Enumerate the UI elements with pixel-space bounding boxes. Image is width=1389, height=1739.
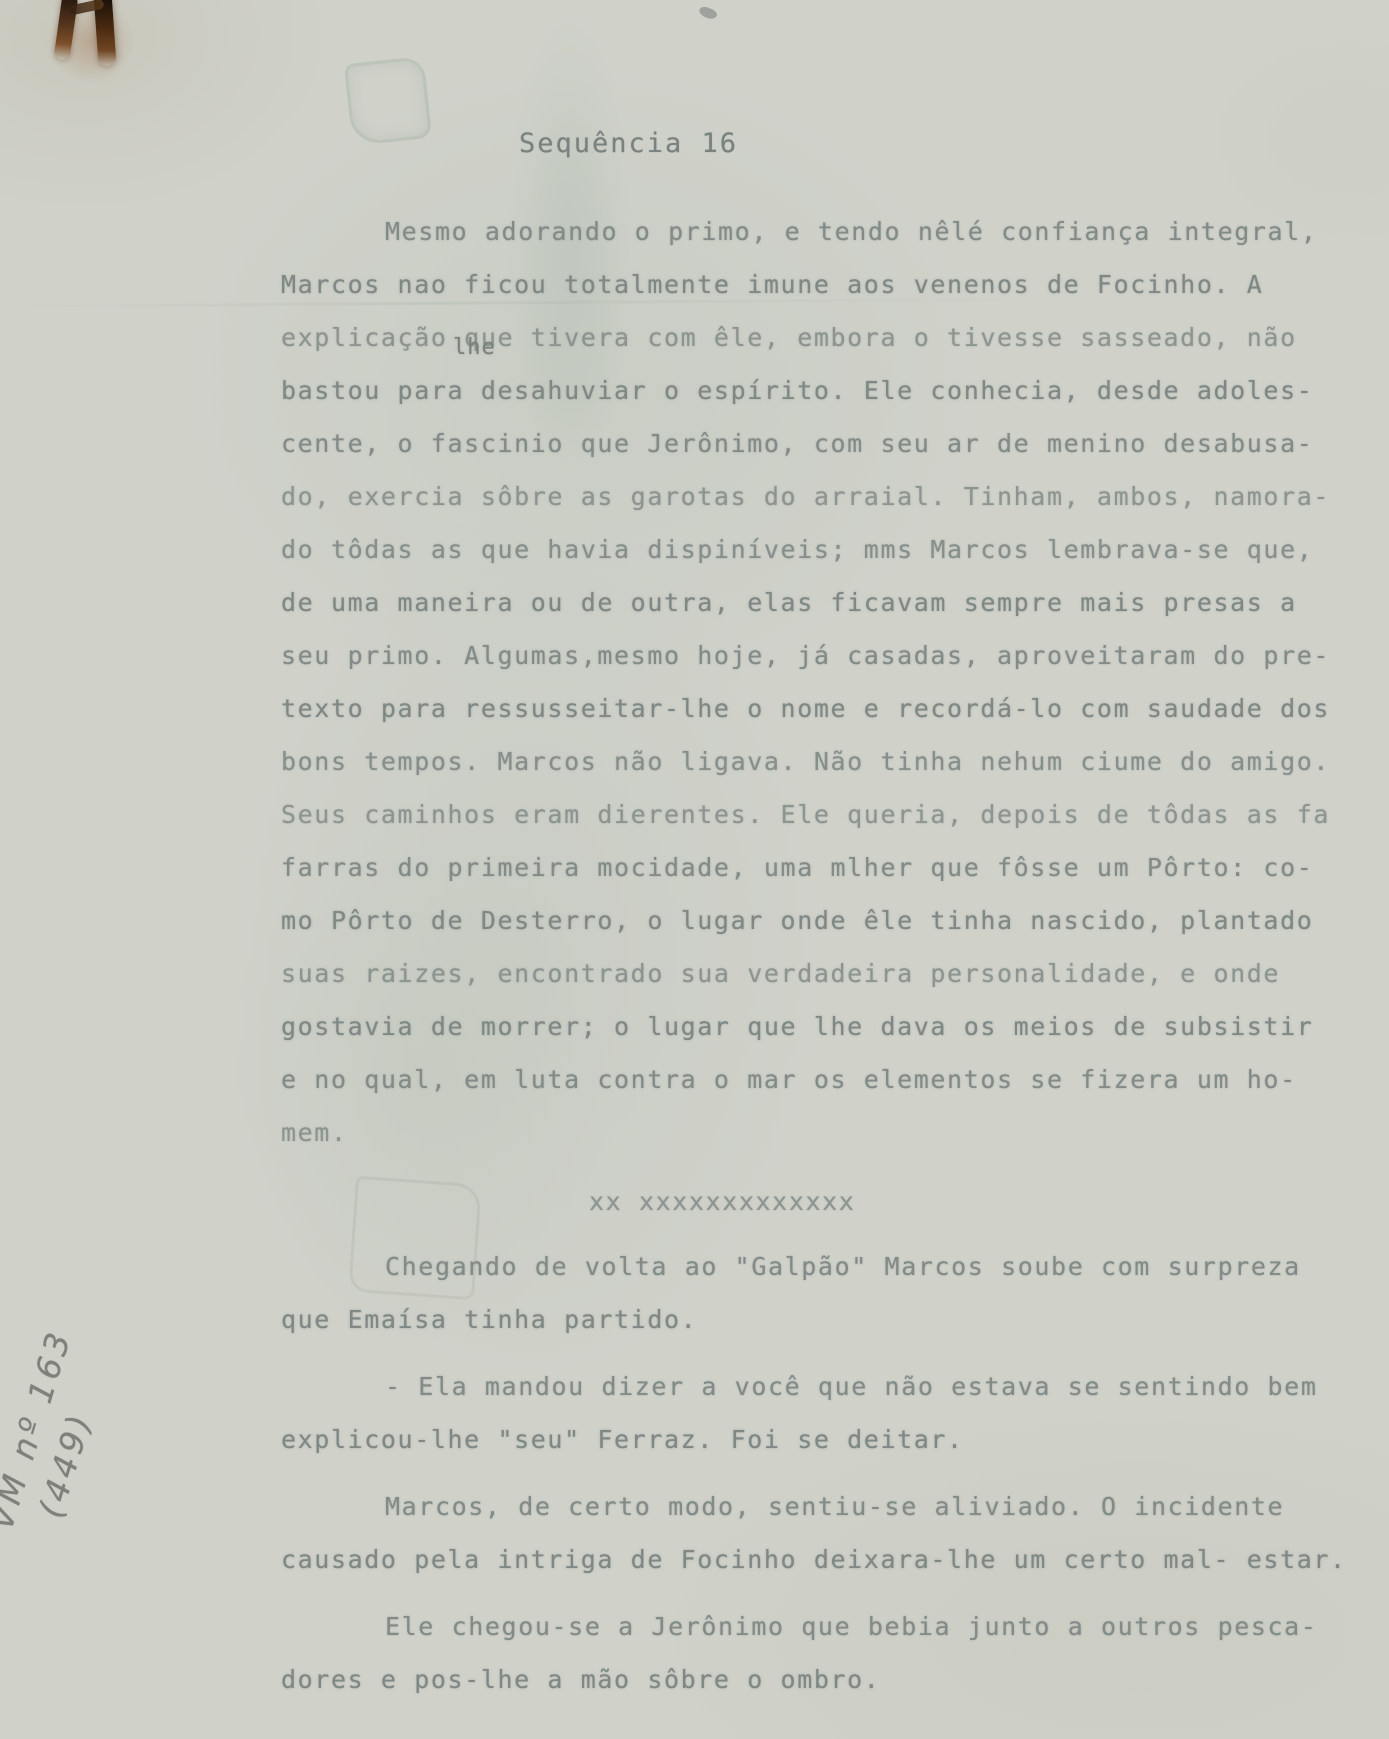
typewritten-line: texto para ressusseitar-lhe o nome e rec… bbox=[281, 682, 1386, 735]
typewritten-line: que Emaísa tinha partido. bbox=[281, 1293, 1386, 1346]
typewritten-line-with-insertion: bastou para desahuviar o espírito. Ele c… bbox=[281, 364, 1386, 417]
typewritten-line: - Ela mandou dizer a você que não estava… bbox=[281, 1360, 1386, 1413]
typewritten-line: explicou-lhe "seu" Ferraz. Foi se deitar… bbox=[281, 1413, 1386, 1466]
scanned-typescript-page: VM nº 163 (449) Sequência 16 Mesmo adora… bbox=[0, 0, 1389, 1739]
typewritten-line: cente, o fascinio que Jerônimo, com seu … bbox=[281, 417, 1386, 470]
ink-speck bbox=[698, 5, 719, 21]
typewritten-line: causado pela intriga de Focinho deixara-… bbox=[281, 1533, 1386, 1586]
typewritten-line: Marcos nao ficou totalmente imune aos ve… bbox=[281, 258, 1386, 311]
typewritten-line: dores e pos-lhe a mão sôbre o ombro. bbox=[281, 1653, 1386, 1706]
typewritten-line: Mesmo adorando o primo, e tendo nêlé con… bbox=[281, 205, 1386, 258]
typewritten-line: Ele chegou-se a Jerônimo que bebia junto… bbox=[281, 1600, 1386, 1653]
typewritten-line: Seus caminhos eram dierentes. Ele queria… bbox=[281, 788, 1386, 841]
typewritten-line: mo Pôrto de Desterro, o lugar onde êle t… bbox=[281, 894, 1386, 947]
typescript-body: Sequência 16 Mesmo adorando o primo, e t… bbox=[281, 128, 1386, 1720]
interline-insertion: lhe bbox=[453, 337, 496, 359]
typewritten-line: bons tempos. Marcos não ligava. Não tinh… bbox=[281, 735, 1386, 788]
typewritten-line: do, exercia sôbre as garotas do arraial.… bbox=[281, 470, 1386, 523]
paragraph: Ele chegou-se a Jerônimo que bebia junto… bbox=[281, 1600, 1386, 1706]
margin-note: VM nº 163 (449) bbox=[0, 1324, 124, 1548]
paragraph: Mesmo adorando o primo, e tendo nêlé con… bbox=[281, 205, 1386, 1159]
typewritten-line: suas raizes, encontrado sua verdadeira p… bbox=[281, 947, 1386, 1000]
typewritten-line: mem. bbox=[281, 1106, 1386, 1159]
dialogue-paragraph: - Ela mandou dizer a você que não estava… bbox=[281, 1360, 1386, 1466]
typewritten-line: Marcos, de certo modo, sentiu-se aliviad… bbox=[281, 1480, 1386, 1533]
paragraph: Marcos, de certo modo, sentiu-se aliviad… bbox=[281, 1480, 1386, 1586]
typewritten-line: explicação que tivera com êle, embora o … bbox=[281, 311, 1386, 364]
typewritten-line: e no qual, em luta contra o mar os eleme… bbox=[281, 1053, 1386, 1106]
page-title: Sequência 16 bbox=[519, 128, 1386, 159]
typewritten-line: Chegando de volta ao "Galpão" Marcos sou… bbox=[281, 1240, 1386, 1293]
paragraph: Chegando de volta ao "Galpão" Marcos sou… bbox=[281, 1240, 1386, 1346]
typewritten-line: farras do primeira mocidade, uma mlher q… bbox=[281, 841, 1386, 894]
typewritten-line: de uma maneira ou de outra, elas ficavam… bbox=[281, 576, 1386, 629]
scene-separator: xx xxxxxxxxxxxxx bbox=[589, 1175, 1386, 1228]
typewritten-line: bastou para desahuviar o espírito. Ele c… bbox=[281, 376, 1313, 405]
typewritten-line: do tôdas as que havia dispiníveis; mms M… bbox=[281, 523, 1386, 576]
typewritten-line: gostavia de morrer; o lugar que lhe dava… bbox=[281, 1000, 1386, 1053]
typewritten-line: seu primo. Algumas,mesmo hoje, já casada… bbox=[281, 629, 1386, 682]
